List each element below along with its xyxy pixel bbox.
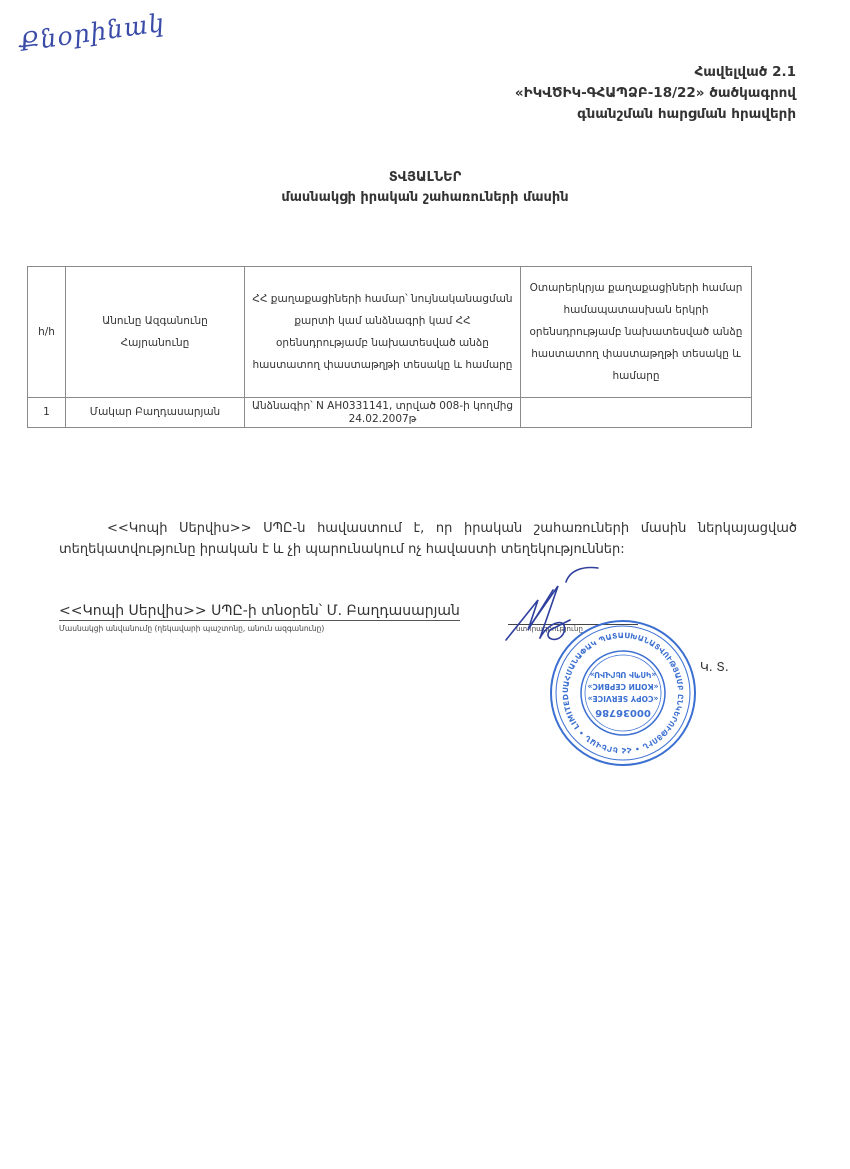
table-row: 1 Մակար Բաղդասարյան Անձնագիր՝ N AH033114… bbox=[28, 398, 752, 428]
title-heading: ՏՎՅԱԼՆԵՐ bbox=[0, 168, 850, 188]
signer-name: <<Կոպի Սերվիս>> ՍՊԸ-ի տնօրեն՝ Մ. Բաղդասա… bbox=[59, 603, 460, 621]
title-subheading: մասնակցի իրական շահառուների մասին bbox=[0, 188, 850, 208]
stamp-number: 00036786 bbox=[595, 707, 651, 718]
header-number: հ/հ bbox=[28, 267, 66, 398]
handwritten-signature-icon bbox=[498, 560, 638, 650]
cell-ra-document: Անձնագիր՝ N AH0331141, տրված 008-ի կողմի… bbox=[245, 398, 521, 428]
header-full-name: Անունը Ազգանունը Հայրանունը bbox=[66, 267, 245, 398]
beneficial-owners-table: հ/հ Անունը Ազգանունը Հայրանունը ՀՀ քաղաք… bbox=[27, 266, 752, 428]
header-foreign-document: Օտարերկրյա քաղաքացիների համար համապատասխ… bbox=[521, 267, 752, 398]
document-title: ՏՎՅԱԼՆԵՐ մասնակցի իրական շահառուների մաս… bbox=[0, 168, 850, 208]
handwritten-original-mark: Քնօրինակ bbox=[17, 8, 167, 57]
signer-caption: Մասնակցի անվանումը (ղեկավարի պաշտոնը, ան… bbox=[59, 624, 324, 633]
seal-place-label: Կ. Տ. bbox=[700, 660, 729, 674]
header-ra-document: ՀՀ քաղաքացիների համար՝ նույնականացման քա… bbox=[245, 267, 521, 398]
annex-reference: Հավելված 2.1 «ԻԿՎԾԻԿ-ԳՀԱՊՁԲ-18/22» ծածկա… bbox=[515, 62, 796, 125]
cell-number: 1 bbox=[28, 398, 66, 428]
stamp-center-am: «ԿՈՊԻ ՍԵՐՎԻՍ» bbox=[590, 670, 657, 679]
stamp-center-en: «COPY SERVICE» bbox=[588, 694, 659, 703]
cell-foreign-document bbox=[521, 398, 752, 428]
annex-line-2: «ԻԿՎԾԻԿ-ԳՀԱՊՁԲ-18/22» ծածկագրով bbox=[515, 83, 796, 104]
table-header-row: հ/հ Անունը Ազգանունը Հայրանունը ՀՀ քաղաք… bbox=[28, 267, 752, 398]
annex-line-1: Հավելված 2.1 bbox=[515, 62, 796, 83]
stamp-center-ru: «КОПИ СЕРВИС» bbox=[587, 682, 658, 691]
attestation-statement: <<Կոպի Սերվիս>> ՍՊԸ-ն հավաստում է, որ իր… bbox=[59, 518, 797, 560]
annex-line-3: գնանշման հարցման հրավերի bbox=[515, 104, 796, 125]
cell-full-name: Մակար Բաղդասարյան bbox=[66, 398, 245, 428]
statement-text: <<Կոպի Սերվիս>> ՍՊԸ-ն հավաստում է, որ իր… bbox=[59, 521, 797, 557]
